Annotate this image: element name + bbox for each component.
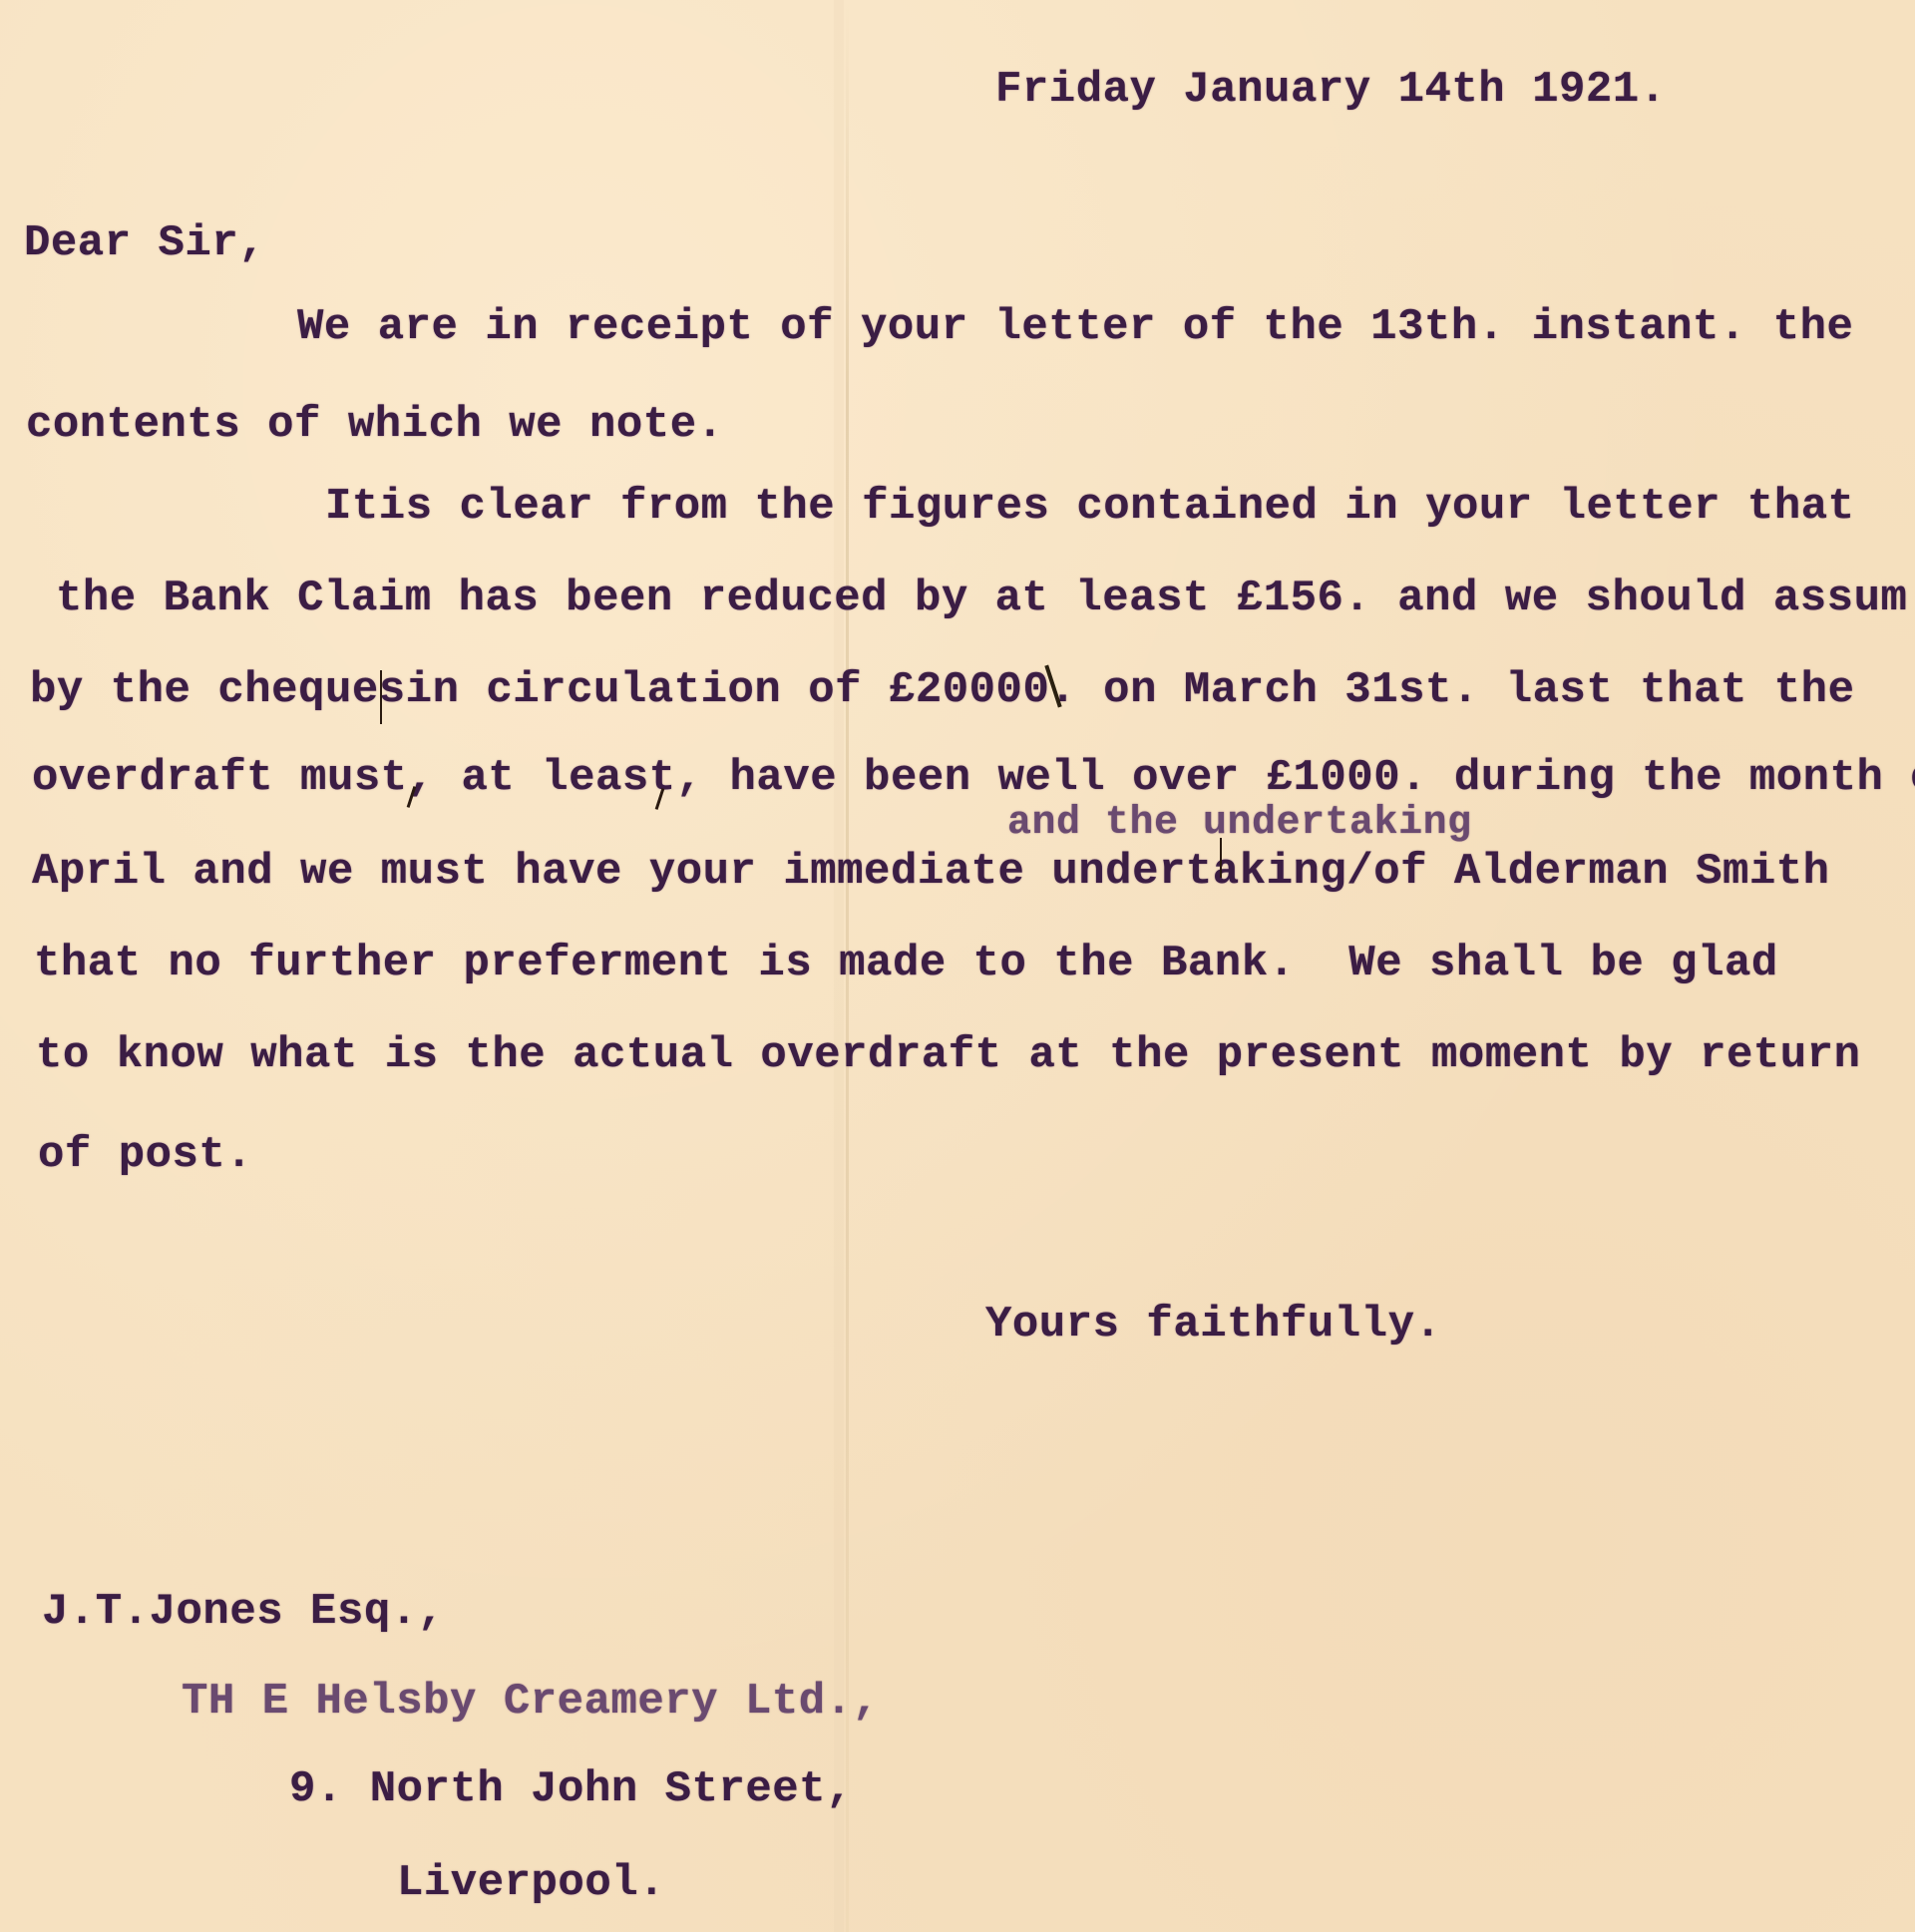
addressee-name: J.T.Jones Esq.,	[42, 1590, 445, 1634]
body-line-8: that no further preferment is made to th…	[34, 942, 1778, 985]
body-line-2: contents of which we note.	[26, 403, 724, 447]
body-line-7: April and we must have your immediate un…	[32, 850, 1830, 894]
body-line-6: overdraft must, at least, have been well…	[32, 756, 1915, 800]
addressee-street: 9. North John Street,	[289, 1767, 853, 1811]
insertion-caret-mark	[1220, 838, 1222, 878]
letter-date: Friday January 14th 1921.	[995, 68, 1667, 112]
body-line-5: by the chequesin circulation of £20000. …	[30, 668, 1855, 712]
salutation: Dear Sir,	[24, 221, 265, 265]
body-line-10: of post.	[38, 1133, 252, 1177]
body-line-1: We are in receipt of your letter of the …	[297, 305, 1853, 349]
closing: Yours faithfully.	[985, 1303, 1441, 1347]
body-line-9: to know what is the actual overdraft at …	[36, 1033, 1861, 1077]
insertion-caret-mark	[380, 670, 382, 724]
addressee-city: Liverpool.	[397, 1861, 665, 1905]
addressee-company: TH E Helsby Creamery Ltd.,	[182, 1680, 880, 1724]
body-line-4: the Bank Claim has been reduced by at le…	[56, 577, 1907, 620]
body-line-3: Itis clear from the figures contained in…	[325, 485, 1855, 529]
interlinear-insertion: and the undertaking	[1007, 804, 1472, 844]
